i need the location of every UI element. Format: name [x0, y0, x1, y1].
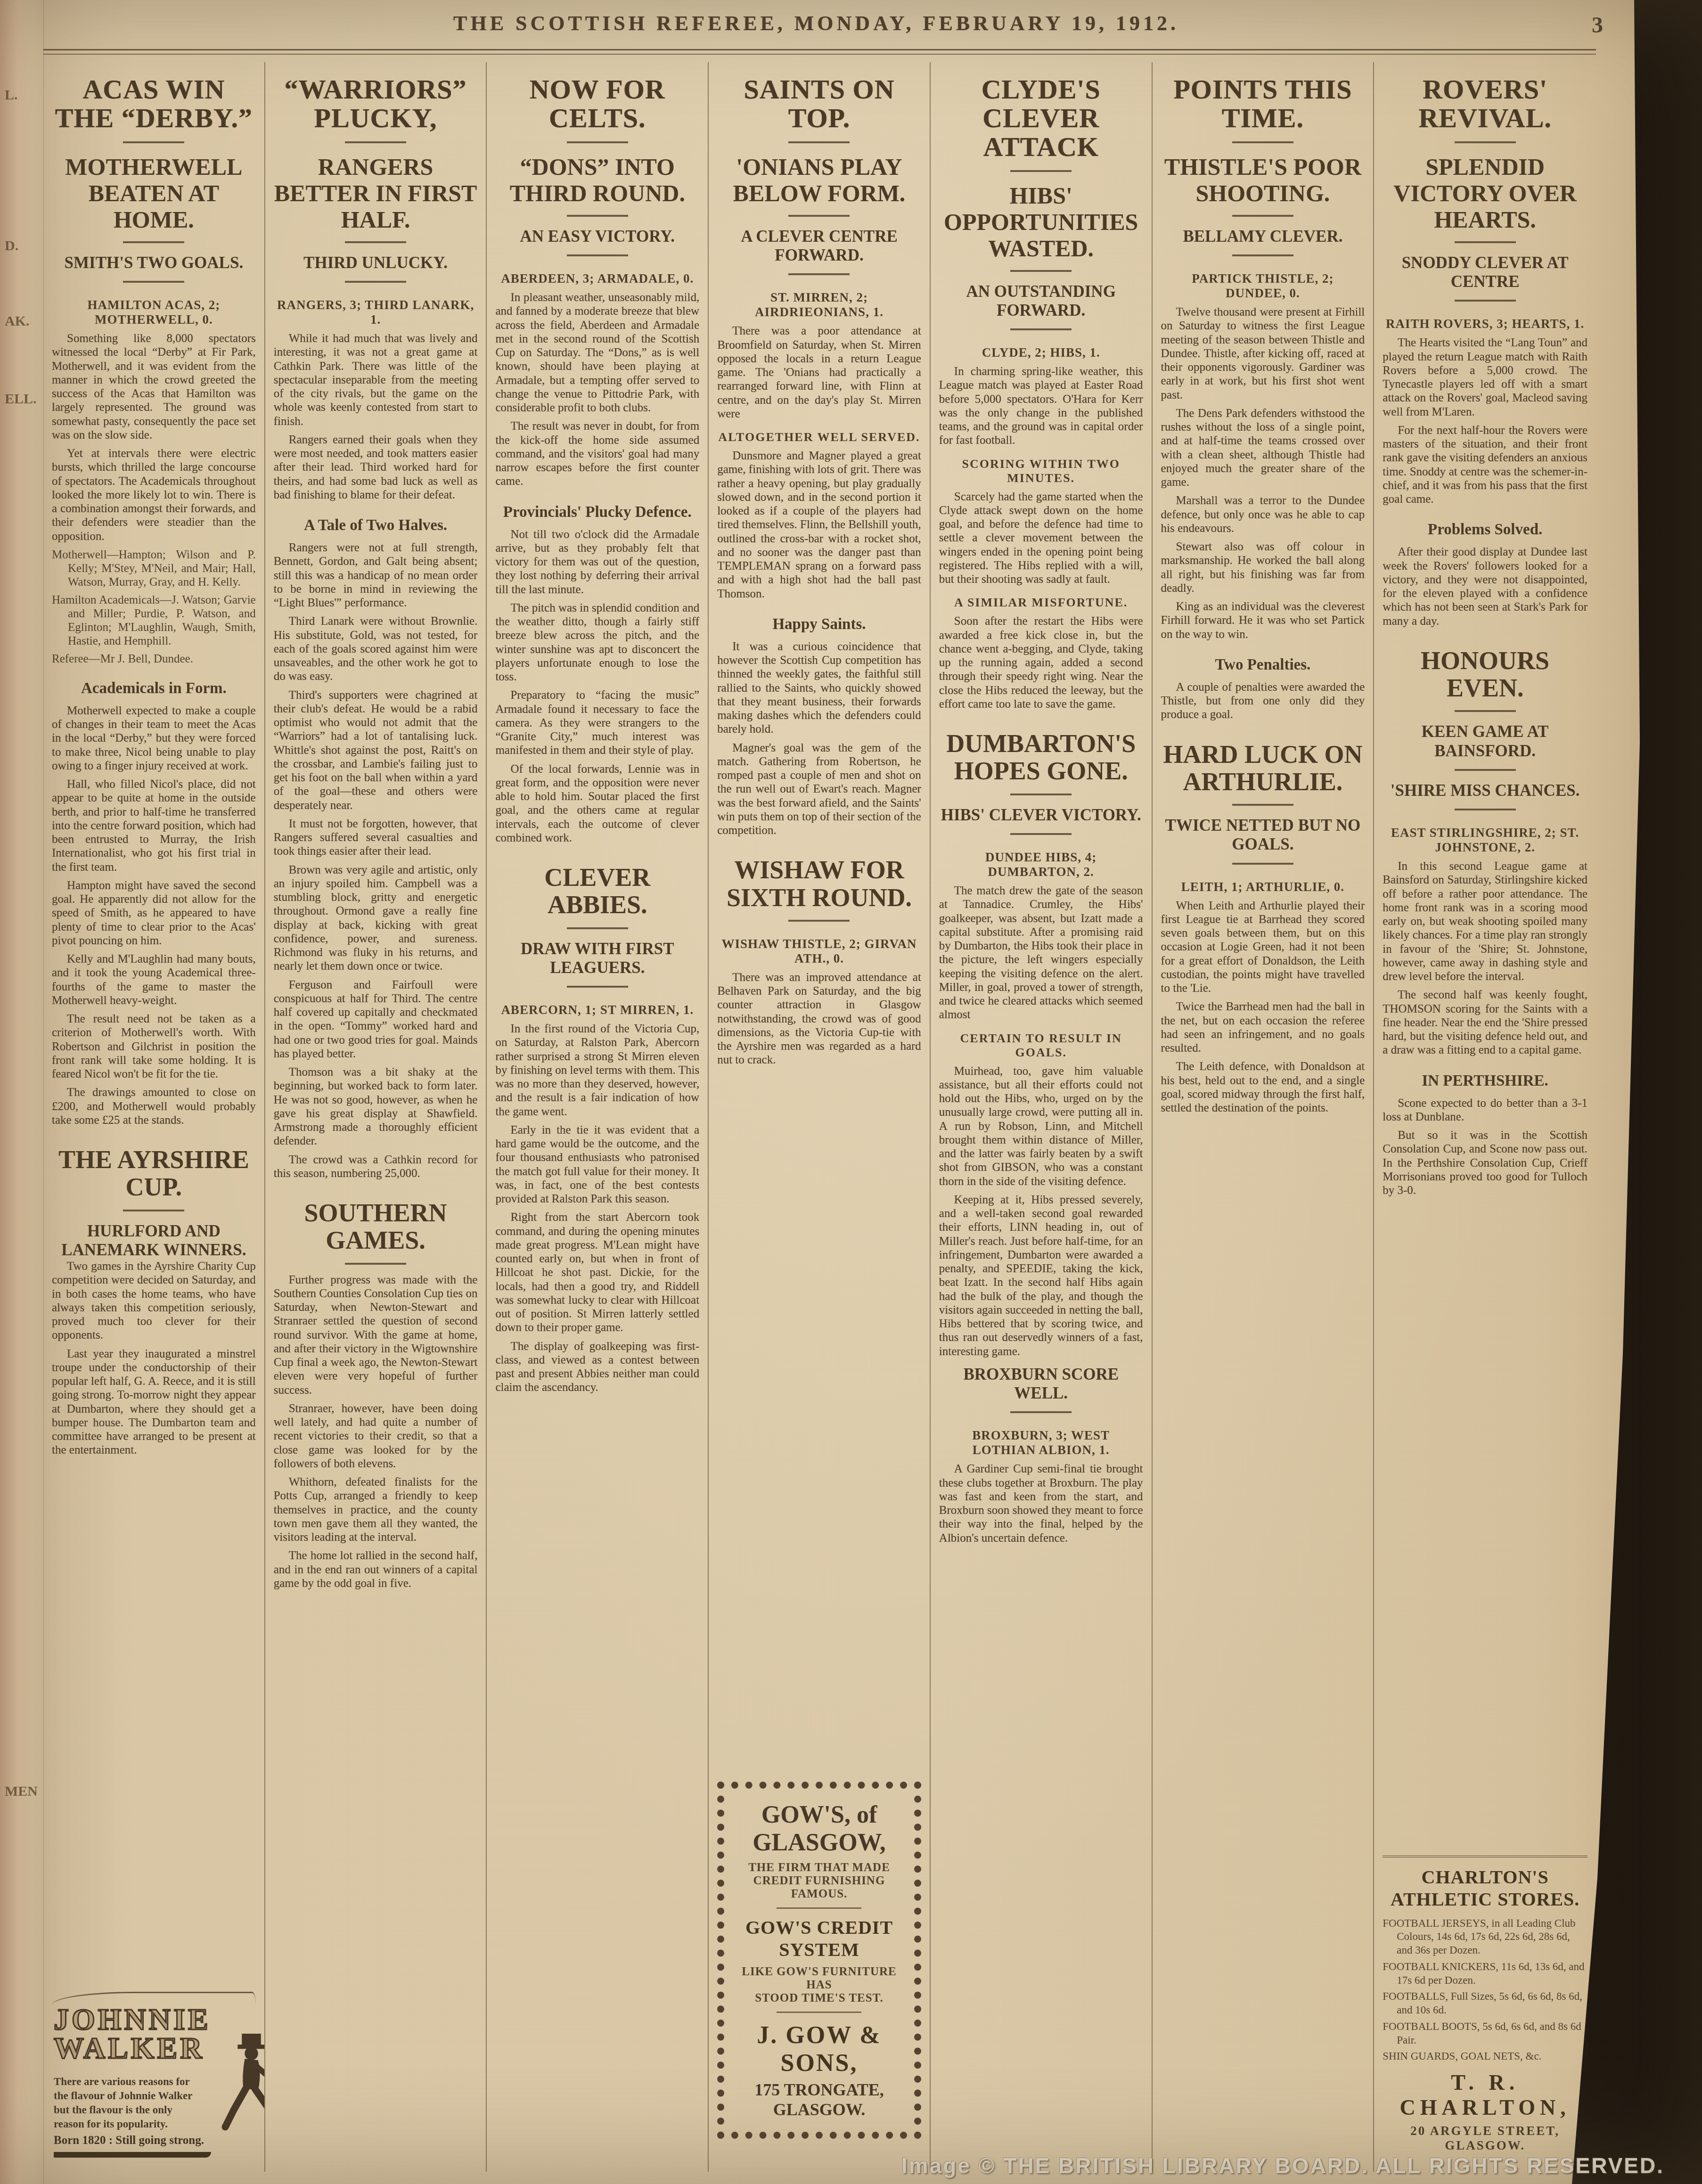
body-paragraph: While it had much that was lively and in… [274, 332, 478, 428]
divider-rule [1010, 328, 1072, 330]
charlton-price-line-4: FOOTBALL BOOTS, 5s 6d, 6s 6d, and 8s 6d … [1383, 2020, 1587, 2047]
page-number: 3 [1592, 12, 1603, 38]
johnnie-walker-slogan: There are various reasons forthe flavour… [54, 2075, 211, 2131]
body-paragraph: Yet at intervals there were electric bur… [52, 447, 256, 543]
body-paragraph: Third Lanark were without Brownlie. His … [274, 614, 478, 683]
score-line: RAITH ROVERS, 3; HEARTS, 1. [1383, 317, 1587, 331]
column-3: NOW FOR CELTS.“DONS” INTO THIRD ROUND.AN… [487, 62, 709, 2172]
score-line: LEITH, 1; ARTHURLIE, 0. [1161, 880, 1365, 894]
article-crosshead: AN EASY VICTORY. [495, 227, 699, 246]
article-crosshead: BROXBURN SCORE WELL. [939, 1365, 1143, 1403]
body-paragraph: Keeping at it, Hibs pressed severely, an… [939, 1193, 1143, 1358]
divider-rule [123, 241, 184, 243]
gow-ad-rule2 [777, 2012, 861, 2013]
caps-line: CERTAIN TO RESULT IN GOALS. [939, 1031, 1143, 1060]
divider-rule [1455, 300, 1516, 302]
body-paragraph: For the next half-hour the Rovers were m… [1383, 424, 1587, 507]
article-crosshead: KEEN GAME AT BAINSFORD. [1383, 722, 1587, 761]
body-paragraph: Further progress was made with the South… [274, 1273, 478, 1397]
edge-fragment-2: D. [5, 238, 18, 254]
gow-credit-system-line: GOW'S CREDIT SYSTEM [732, 1916, 907, 1961]
body-paragraph: There was an improved attendance at Belh… [717, 971, 921, 1067]
divider-rule [1232, 141, 1293, 143]
body-paragraph: The home lot rallied in the second half,… [274, 1549, 478, 1590]
article-subheadline: THISTLE'S POOR SHOOTING. [1161, 154, 1365, 206]
slogan-line-3: but the flavour is the only [54, 2103, 211, 2117]
article-subheadline: RANGERS BETTER IN FIRST HALF. [274, 154, 478, 233]
body-paragraph: Preparatory to “facing the music” Armada… [495, 688, 699, 757]
body-paragraph: Rangers earned their goals when they wer… [274, 433, 478, 502]
body-paragraph: Ferguson and Fairfoull were conspicuous … [274, 978, 478, 1061]
body-paragraph: Stewart also was off colour in marksmans… [1161, 540, 1365, 595]
caps-line: ALTOGETHER WELL SERVED. [717, 430, 921, 444]
gow-sub1a: THE FIRM THAT MADE [732, 1861, 907, 1874]
score-line: PARTICK THISTLE, 2; DUNDEE, 0. [1161, 271, 1365, 301]
body-paragraph: There was a poor attendance at Broomfiel… [717, 324, 921, 421]
body-paragraph: Twelve thousand were present at Firhill … [1161, 305, 1365, 402]
divider-rule [1010, 270, 1072, 272]
divider-rule [567, 986, 628, 988]
body-paragraph: Third's supporters were chagrined at the… [274, 688, 478, 812]
team-list: Referee—Mr J. Bell, Dundee. [52, 652, 256, 666]
gow-ad-subtitle: THE FIRM THAT MADECREDIT FURNISHING FAMO… [732, 1861, 907, 1901]
charlton-price-line-2: FOOTBALL KNICKERS, 11s 6d, 13s 6d, and 1… [1383, 1960, 1587, 1988]
body-paragraph: Something like 8,000 spectators witnesse… [52, 332, 256, 442]
inline-subhead: Academicals in Form. [52, 680, 256, 697]
article-crosshead: HIBS' CLEVER VICTORY. [939, 806, 1143, 825]
body-paragraph: Scone expected to do better than a 3-1 l… [1383, 1096, 1587, 1124]
body-paragraph: Marshall was a terror to the Dundee defe… [1161, 494, 1365, 535]
article-subheadline: HIBS' OPPORTUNITIES WASTED. [939, 182, 1143, 262]
body-paragraph: In charming spring-like weather, this Le… [939, 365, 1143, 448]
section-heading: DUMBARTON'S HOPES GONE. [939, 730, 1143, 785]
article-headline: NOW FOR CELTS. [495, 75, 699, 133]
section-heading: WISHAW FOR SIXTH ROUND. [717, 856, 921, 911]
body-paragraph: Right from the start Abercorn took comma… [495, 1211, 699, 1334]
slogan-line-4: reason for its popularity. [54, 2117, 211, 2131]
gow-ad-title: GOW'S, of GLASGOW, [732, 1801, 907, 1857]
divider-rule [1010, 1411, 1072, 1413]
column-7: ROVERS' REVIVAL.SPLENDID VICTORY OVER HE… [1374, 62, 1596, 2172]
gow-sub1b: CREDIT FURNISHING FAMOUS. [732, 1874, 907, 1901]
team-list: Motherwell—Hampton; Wilson and P. Kelly;… [52, 548, 256, 589]
body-paragraph: Rangers were not at full strength, Benne… [274, 541, 478, 610]
caps-line: SCORING WITHIN TWO MINUTES. [939, 457, 1143, 485]
body-paragraph: The crowd was a Cathkin record for this … [274, 1153, 478, 1181]
inline-subhead: A Tale of Two Halves. [274, 517, 478, 534]
section-heading: HARD LUCK ON ARTHURLIE. [1161, 741, 1365, 796]
body-paragraph: In pleasant weather, unseasonably mild, … [495, 291, 699, 415]
article-crosshead: AN OUTSTANDING FORWARD. [939, 282, 1143, 320]
body-paragraph: In this second League game at Bainsford … [1383, 859, 1587, 983]
body-paragraph: The Dens Park defenders withstood the ru… [1161, 407, 1365, 490]
inline-subhead: Happy Saints. [717, 616, 921, 633]
divider-rule [345, 141, 406, 143]
article-crosshead: DRAW WITH FIRST LEAGUERS. [495, 940, 699, 978]
divider-rule [1455, 241, 1516, 243]
body-paragraph: Soon after the restart the Hibs were awa… [939, 614, 1143, 711]
charlton-ad-title: CHARLTON'S ATHLETIC STORES. [1383, 1866, 1587, 1910]
body-paragraph: In the first round of the Victoria Cup, … [495, 1022, 699, 1119]
gow-ad-rule [777, 1907, 861, 1909]
column-5: CLYDE'S CLEVER ATTACKHIBS' OPPORTUNITIES… [931, 62, 1153, 2172]
divider-rule [345, 281, 406, 283]
body-paragraph: Twice the Barrhead men had the ball in t… [1161, 1000, 1365, 1055]
body-paragraph: Stranraer, however, have been doing well… [274, 1402, 478, 1471]
inline-subhead: Two Penalties. [1161, 656, 1365, 674]
slogan-line-1: There are various reasons for [54, 2075, 211, 2089]
article-headline: CLYDE'S CLEVER ATTACK [939, 75, 1143, 162]
inline-subhead: Problems Solved. [1383, 521, 1587, 539]
divider-rule [1010, 170, 1072, 172]
team-list: Hamilton Academicals—J. Watson; Garvie a… [52, 593, 256, 648]
section-heading: SOUTHERN GAMES. [274, 1199, 478, 1254]
divider-rule [1232, 804, 1293, 806]
johnnie-walker-ad-body: JOHNNIEWALKERThere are various reasons f… [54, 2005, 254, 2158]
body-paragraph: After their good display at Dundee last … [1383, 545, 1587, 628]
divider-rule [567, 927, 628, 929]
gow-address: 175 TRONGATE, GLASGOW. [732, 2080, 907, 2119]
gow-furniture-ad: GOW'S, of GLASGOW,THE FIRM THAT MADECRED… [717, 1782, 921, 2139]
divider-rule [567, 215, 628, 217]
body-paragraph: Last year they inaugurated a minstrel tr… [52, 1347, 256, 1457]
body-paragraph: The Leith defence, with Donaldson at his… [1161, 1060, 1365, 1115]
score-line: HAMILTON ACAS, 2; MOTHERWELL, 0. [52, 298, 256, 327]
column-1: ACAS WIN THE “DERBY.”MOTHERWELL BEATEN A… [43, 62, 265, 2172]
masthead-rule [43, 49, 1596, 55]
score-line: EAST STIRLINGSHIRE, 2; ST. JOHNSTONE, 2. [1383, 826, 1587, 855]
body-paragraph: A couple of penalties were awarded the T… [1161, 680, 1365, 722]
article-crosshead: SMITH'S TWO GOALS. [52, 254, 256, 272]
newspaper-page: L.D.AK.ELL.MEN THE SCOTTISH REFEREE, MON… [0, 0, 1702, 2184]
column-2: “WARRIORS” PLUCKY,RANGERS BETTER IN FIRS… [265, 62, 487, 2172]
article-subheadline: MOTHERWELL BEATEN AT HOME. [52, 154, 256, 233]
johnnie-walker-ad: JOHNNIEWALKERThere are various reasons f… [52, 1992, 256, 2172]
body-paragraph: Hall, who filled Nicol's place, did not … [52, 777, 256, 874]
column-6: POINTS THIS TIME.THISTLE'S POOR SHOOTING… [1153, 62, 1375, 2172]
divider-rule [788, 920, 850, 922]
body-paragraph: The match drew the gate of the season at… [939, 884, 1143, 1022]
johnnie-walker-logo: JOHNNIEWALKER [54, 2005, 211, 2063]
score-line: ABERCORN, 1; ST MIRREN, 1. [495, 1003, 699, 1017]
article-subheadline: 'ONIANS PLAY BELOW FORM. [717, 154, 921, 206]
body-paragraph: King as an individual was the cleverest … [1161, 600, 1365, 641]
article-headline: ACAS WIN THE “DERBY.” [52, 75, 256, 133]
score-line: CLYDE, 2; HIBS, 1. [939, 345, 1143, 360]
body-paragraph: Hampton might have saved the second goal… [52, 879, 256, 948]
gow-ad-subtitle2: LIKE GOW'S FURNITURE HASSTOOD TIME'S TES… [732, 1965, 907, 2005]
body-paragraph: Thomson was a bit shaky at the beginning… [274, 1065, 478, 1148]
edge-fragment-3: AK. [5, 313, 30, 329]
score-line: RANGERS, 3; THIRD LANARK, 1. [274, 298, 478, 327]
score-line: WISHAW THISTLE, 2; GIRVAN ATH., 0. [717, 937, 921, 966]
edge-fragment-1: L. [5, 87, 18, 103]
article-crosshead: A CLEVER CENTRE FORWARD. [717, 227, 921, 265]
charlton-price-line-3: FOOTBALLS, Full Sizes, 5s 6d, 6s 6d, 8s … [1383, 1990, 1587, 2017]
divider-rule [788, 141, 850, 143]
divider-rule [1232, 215, 1293, 217]
body-paragraph: The second half was keenly fought, THOMS… [1383, 988, 1587, 1057]
divider-rule [788, 215, 850, 217]
body-paragraph: But so it was in the Scottish Consolatio… [1383, 1129, 1587, 1197]
divider-rule [1232, 863, 1293, 865]
divider-rule [1455, 809, 1516, 810]
article-crosshead: BELLAMY CLEVER. [1161, 227, 1365, 246]
body-paragraph: Muirhead, too, gave him valuable assista… [939, 1064, 1143, 1188]
body-paragraph: A Gardiner Cup semi-final tie brought th… [939, 1462, 1143, 1545]
gow-firm-name: J. GOW & SONS, [732, 2021, 907, 2077]
johnnie-walker-baseline-rule [54, 2152, 211, 2158]
divider-rule [788, 273, 850, 275]
body-paragraph: Brown was very agile and artistic, only … [274, 863, 478, 973]
body-paragraph: Two games in the Ayrshire Charity Cup co… [52, 1260, 256, 1342]
charlton-price-line-5: SHIN GUARDS, GOAL NETS, &c. [1383, 2050, 1587, 2063]
johnnie-walker-text: JOHNNIEWALKERThere are various reasons f… [54, 2005, 211, 2158]
body-paragraph: Not till two o'clock did the Armadale ar… [495, 528, 699, 597]
divider-rule [1455, 710, 1516, 712]
article-subheadline: “DONS” INTO THIRD ROUND. [495, 154, 699, 206]
gow-sub2b: STOOD TIME'S TEST. [732, 1992, 907, 2005]
divider-rule [123, 141, 184, 143]
body-paragraph: When Leith and Arthurlie played their fi… [1161, 899, 1365, 996]
caps-line: A SIMILAR MISFORTUNE. [939, 596, 1143, 610]
masthead-title: THE SCOTTISH REFEREE, MONDAY, FEBRUARY 1… [43, 11, 1589, 35]
charlton-athletic-stores-ad: CHARLTON'S ATHLETIC STORES.FOOTBALL JERS… [1383, 1856, 1587, 2153]
body-paragraph: Motherwell expected to make a couple of … [52, 704, 256, 773]
column-4: SAINTS ON TOP.'ONIANS PLAY BELOW FORM.A … [709, 62, 931, 2172]
article-crosshead: TWICE NETTED BUT NO GOALS. [1161, 816, 1365, 854]
divider-rule [1455, 769, 1516, 771]
edge-fragment-4: ELL. [5, 391, 37, 407]
body-paragraph: The result need not be taken as a criter… [52, 1012, 256, 1081]
score-line: ABERDEEN, 3; ARMADALE, 0. [495, 271, 699, 286]
body-paragraph: The Hearts visited the “Lang Toun” and p… [1383, 336, 1587, 419]
johnnie-walker-logo-line2: WALKER [54, 2034, 211, 2063]
divider-rule [1455, 141, 1516, 143]
johnnie-walker-striding-man-icon [211, 2005, 265, 2142]
charlton-price-line-1: FOOTBALL JERSEYS, in all Leading Club Co… [1383, 1917, 1587, 1957]
columns-container: ACAS WIN THE “DERBY.”MOTHERWELL BEATEN A… [43, 62, 1596, 2172]
charlton-proprietor-name: T. R. CHARLTON, [1383, 2070, 1587, 2120]
body-paragraph: It must not be forgotten, however, that … [274, 817, 478, 859]
divider-rule [345, 241, 406, 243]
article-headline: POINTS THIS TIME. [1161, 75, 1365, 133]
divider-rule [567, 254, 628, 256]
charlton-address: 20 ARGYLE STREET, GLASGOW. [1383, 2124, 1587, 2153]
section-heading: THE AYRSHIRE CUP. [52, 1146, 256, 1201]
divider-rule [567, 141, 628, 143]
divider-rule [1010, 793, 1072, 795]
body-paragraph: Kelly and M'Laughlin had many bouts, and… [52, 952, 256, 1007]
inline-subhead: Provincials' Plucky Defence. [495, 504, 699, 521]
body-paragraph: It was a curious coincidence that howeve… [717, 640, 921, 736]
body-paragraph: The pitch was in splendid condition and … [495, 601, 699, 684]
inline-subhead: IN PERTHSHIRE. [1383, 1072, 1587, 1090]
body-paragraph: Whithorn, defeated finalists for the Pot… [274, 1475, 478, 1544]
divider-rule [123, 281, 184, 283]
johnnie-walker-tagline: Born 1820 : Still going strong. [54, 2134, 211, 2147]
divider-rule [345, 1263, 406, 1265]
article-headline: “WARRIORS” PLUCKY, [274, 75, 478, 133]
article-crosshead: SNODDY CLEVER AT CENTRE [1383, 254, 1587, 292]
article-crosshead: 'SHIRE MISS CHANCES. [1383, 781, 1587, 800]
article-headline: SAINTS ON TOP. [717, 75, 921, 133]
torn-left-edge: L.D.AK.ELL.MEN [0, 0, 44, 2184]
edge-fragment-5: MEN [5, 1783, 38, 1800]
johnnie-walker-logo-line1: JOHNNIE [54, 2005, 211, 2034]
divider-rule [1010, 833, 1072, 835]
body-paragraph: Early in the tie it was evident that a h… [495, 1123, 699, 1206]
slogan-line-2: the flavour of Johnnie Walker [54, 2089, 211, 2103]
score-line: BROXBURN, 3; WEST LOTHIAN ALBION, 1. [939, 1428, 1143, 1457]
body-paragraph: The result was never in doubt, for from … [495, 419, 699, 488]
article-headline: ROVERS' REVIVAL. [1383, 75, 1587, 133]
body-paragraph: Scarcely had the game started when the C… [939, 490, 1143, 587]
article-crosshead: HURLFORD AND LANEMARK WINNERS. [52, 1222, 256, 1260]
body-paragraph: Magner's goal was the gem of the match. … [717, 741, 921, 838]
section-heading: CLEVER ABBIES. [495, 864, 699, 919]
body-paragraph: Dunsmore and Magner played a great game,… [717, 449, 921, 601]
score-line: DUNDEE HIBS, 4; DUMBARTON, 2. [939, 850, 1143, 879]
library-watermark: Image © THE BRITISH LIBRARY BOARD. ALL R… [901, 2153, 1664, 2178]
article-subheadline: SPLENDID VICTORY OVER HEARTS. [1383, 154, 1587, 233]
divider-rule [1232, 254, 1293, 256]
section-heading: HONOURS EVEN. [1383, 647, 1587, 702]
score-line: ST. MIRREN, 2; AIRDRIEONIANS, 1. [717, 290, 921, 319]
article-crosshead: THIRD UNLUCKY. [274, 254, 478, 272]
gow-sub2a: LIKE GOW'S FURNITURE HAS [732, 1965, 907, 1992]
body-paragraph: The drawings amounted to close on £200, … [52, 1086, 256, 1127]
divider-rule [123, 1210, 184, 1211]
body-paragraph: Of the local forwards, Lennie was in gre… [495, 762, 699, 845]
body-paragraph: The display of goalkeeping was first-cla… [495, 1340, 699, 1395]
